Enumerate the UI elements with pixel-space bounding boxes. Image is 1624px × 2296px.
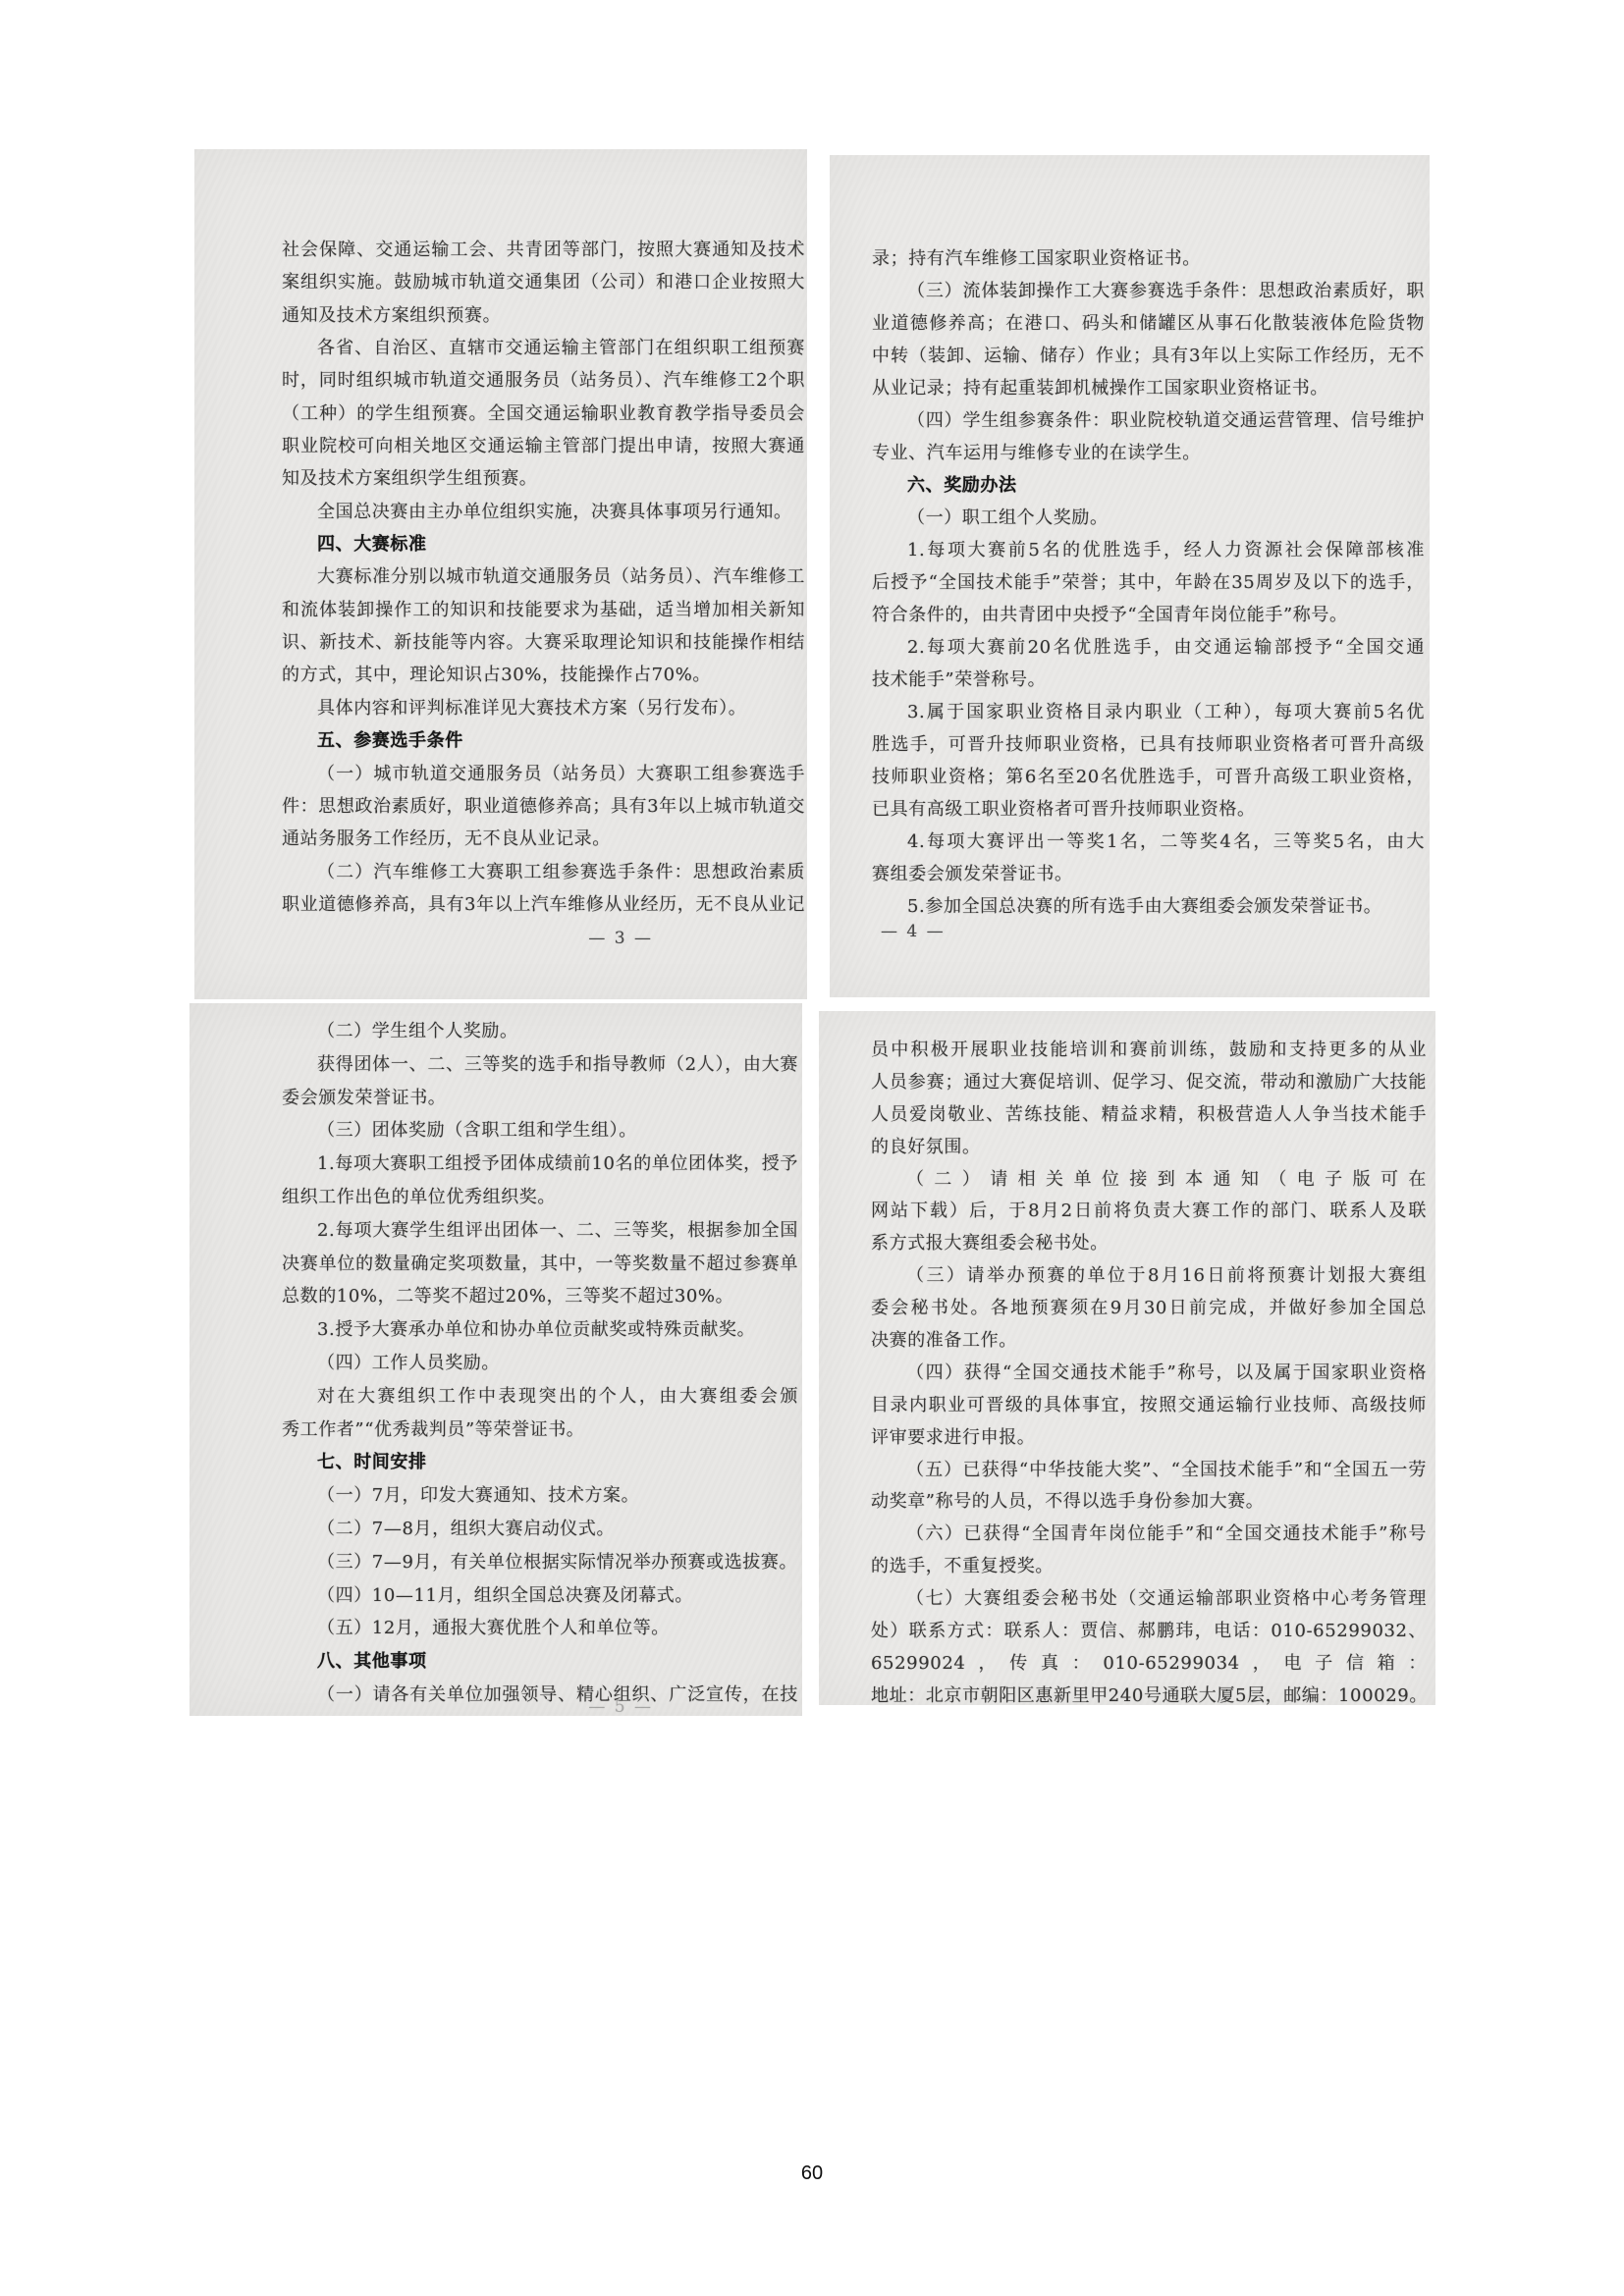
text-line: 人员参赛；通过大赛促培训、促学习、促交流，带动和激励广大技能	[871, 1067, 1427, 1099]
text-line: （工种）的学生组预赛。全国交通运输职业教育教学指导委员会和	[282, 398, 805, 430]
text-line: 通站务服务工作经历，无不良从业记录。	[282, 823, 805, 855]
text-line: 2.每项大赛前20名优胜选手，由交通运输部授予“全国交通	[872, 631, 1425, 664]
text-line: 1.每项大赛职工组授予团体成绩前10名的单位团体奖，授予	[282, 1148, 798, 1181]
text-line: 和流体装卸操作工的知识和技能要求为基础，适当增加相关新知	[282, 594, 805, 626]
text-line: 大赛标准分别以城市轨道交通服务员（站务员）、汽车维修工	[282, 561, 805, 593]
text-line: （七）大赛组委会秘书处（交通运输部职业资格中心考务管理	[871, 1583, 1427, 1616]
pdf-page: { "document": { "page_number": "60" }, "…	[0, 0, 1624, 2296]
text-line: 职业院校可向相关地区交通运输主管部门提出申请，按照大赛通	[282, 430, 805, 462]
text-line: 后授予“全国技术能手”荣誉；其中，年龄在35周岁及以下的选手，	[872, 566, 1425, 599]
text-line: 从业记录；持有起重装卸机械操作工国家职业资格证书。	[872, 372, 1425, 404]
text-line: 委会秘书处。各地预赛须在9月30日前完成，并做好参加全国总	[871, 1293, 1427, 1325]
text-line: （三）7—9月，有关单位根据实际情况举办预赛或选拔赛。	[282, 1546, 798, 1579]
text-line: 获得团体一、二、三等奖的选手和指导教师（2人），由大赛组	[282, 1048, 798, 1082]
text-line: 人员爱岗敬业、苦练技能、精益求精，积极营造人人争当技术能手	[871, 1099, 1427, 1132]
text-line: 的方式，其中，理论知识占30%，技能操作占70%。	[282, 659, 805, 691]
text-line: 胜选手，可晋升技师职业资格，已具有技师职业资格者可晋升高级	[872, 728, 1425, 761]
text-line: 2.每项大赛学生组评出团体一、二、三等奖，根据参加全国总	[282, 1214, 798, 1248]
text-line: 网站下载）后，于8月2日前将负责大赛工作的部门、联系人及联	[871, 1196, 1427, 1228]
text-column: 社会保障、交通运输工会、共青团等部门，按照大赛通知及技术方案组织实施。鼓励城市轨…	[282, 234, 805, 921]
text-line: （二）7—8月，组织大赛启动仪式。	[282, 1513, 798, 1546]
text-line: 的选手，不重复授奖。	[871, 1551, 1427, 1583]
text-column: （二）学生组个人奖励。获得团体一、二、三等奖的选手和指导教师（2人），由大赛组委…	[282, 1015, 798, 1712]
scanned-page-4-image: 录；持有汽车维修工国家职业资格证书。（三）流体装卸操作工大赛参赛选手条件：思想政…	[830, 155, 1430, 997]
text-line: 全国总决赛由主办单位组织实施，决赛具体事项另行通知。	[282, 496, 805, 528]
text-line: （四）工作人员奖励。	[282, 1347, 798, 1380]
text-line: 技术能手”荣誉称号。	[872, 664, 1425, 696]
text-line: 各省、自治区、直辖市交通运输主管部门在组织职工组预赛	[282, 332, 805, 364]
text-line: （一）7月，印发大赛通知、技术方案。	[282, 1479, 798, 1513]
text-line: （二）请相关单位接到本通知（电子版可在www.jtzyzg.org.cn	[871, 1164, 1427, 1197]
text-line: 已具有高级工职业资格者可晋升技师职业资格。	[872, 793, 1425, 826]
text-line: 案组织实施。鼓励城市轨道交通集团（公司）和港口企业按照大赛	[282, 266, 805, 298]
section-heading-line: 五、参赛选手条件	[282, 724, 805, 757]
scan-page-number: — 4 —	[881, 922, 946, 941]
text-line: 技师职业资格；第6名至20名优胜选手，可晋升高级工职业资格，	[872, 761, 1425, 793]
text-line: 3.授予大赛承办单位和协办单位贡献奖或特殊贡献奖。	[282, 1313, 798, 1347]
text-line: 决赛的准备工作。	[871, 1325, 1427, 1358]
text-line: 具体内容和评判标准详见大赛技术方案（另行发布）。	[282, 692, 805, 724]
text-line: 系方式报大赛组委会秘书处。	[871, 1228, 1427, 1260]
text-line: 件：思想政治素质好，职业道德修养高；具有3年以上城市轨道交	[282, 790, 805, 823]
text-line: 1.每项大赛前5名的优胜选手，经人力资源社会保障部核准	[872, 534, 1425, 566]
section-heading-line: 七、时间安排	[282, 1446, 798, 1479]
text-line: 对在大赛组织工作中表现突出的个人，由大赛组委会颁发“优	[282, 1380, 798, 1414]
text-line: 中转（装卸、运输、储存）作业；具有3年以上实际工作经历，无不良	[872, 340, 1425, 372]
text-line: 业道德修养高；在港口、码头和储罐区从事石化散装液体危险货物	[872, 307, 1425, 340]
text-line: 专业、汽车运用与维修专业的在读学生。	[872, 437, 1425, 469]
text-line: 地址：北京市朝阳区惠新里甲240号通联大厦5层，邮编：100029。	[871, 1681, 1427, 1705]
text-line: 5.参加全国总决赛的所有选手由大赛组委会颁发荣誉证书。	[872, 890, 1425, 923]
text-line: 组织工作出色的单位优秀组织奖。	[282, 1181, 798, 1214]
text-line: 符合条件的，由共青团中央授予“全国青年岗位能手”称号。	[872, 599, 1425, 631]
text-line: 通知及技术方案组织预赛。	[282, 299, 805, 332]
text-line: 识、新技术、新技能等内容。大赛采取理论知识和技能操作相结合	[282, 626, 805, 659]
text-line: 65299024，传真：010-65299034，电子信箱：kaowujs@12…	[871, 1648, 1427, 1681]
text-line: （四）学生组参赛条件：职业院校轨道交通运营管理、信号维护	[872, 404, 1425, 437]
section-heading-line: 八、其他事项	[282, 1645, 798, 1679]
text-line: （一）请各有关单位加强领导、精心组织、广泛宣传，在技能人	[282, 1679, 798, 1712]
text-line: （五）已获得“中华技能大奖”、“全国技术能手”和“全国五一劳	[871, 1455, 1427, 1487]
text-column: 录；持有汽车维修工国家职业资格证书。（三）流体装卸操作工大赛参赛选手条件：思想政…	[872, 242, 1425, 923]
scanned-page-5-image: （二）学生组个人奖励。获得团体一、二、三等奖的选手和指导教师（2人），由大赛组委…	[189, 1003, 802, 1716]
text-line: （一）城市轨道交通服务员（站务员）大赛职工组参赛选手条	[282, 758, 805, 790]
text-line: （一）职工组个人奖励。	[872, 502, 1425, 534]
text-line: 赛组委会颁发荣誉证书。	[872, 858, 1425, 890]
section-heading-line: 四、大赛标准	[282, 528, 805, 561]
text-line: 处）联系方式：联系人：贾信、郝鹏玮，电话：010-65299032、	[871, 1616, 1427, 1648]
scanned-page-6-image: 员中积极开展职业技能培训和赛前训练，鼓励和支持更多的从业人员参赛；通过大赛促培训…	[819, 1011, 1435, 1705]
text-line: 社会保障、交通运输工会、共青团等部门，按照大赛通知及技术方	[282, 234, 805, 266]
scan-page-number: — 3 —	[588, 929, 653, 948]
text-line: 3.属于国家职业资格目录内职业（工种），每项大赛前5名优	[872, 696, 1425, 728]
text-line: （三）流体装卸操作工大赛参赛选手条件：思想政治素质好，职	[872, 275, 1425, 307]
text-line: （五）12月，通报大赛优胜个人和单位等。	[282, 1612, 798, 1645]
scan-page-number: — 5 —	[588, 1697, 653, 1716]
text-line: （四）10—11月，组织全国总决赛及闭幕式。	[282, 1579, 798, 1613]
text-line: 总数的10%，二等奖不超过20%，三等奖不超过30%。	[282, 1280, 798, 1313]
text-line: （二）学生组个人奖励。	[282, 1015, 798, 1048]
text-line: 目录内职业可晋级的具体事宜，按照交通运输行业技师、高级技师	[871, 1390, 1427, 1422]
text-line: （六）已获得“全国青年岗位能手”和“全国交通技术能手”称号	[871, 1519, 1427, 1551]
text-column: 员中积极开展职业技能培训和赛前训练，鼓励和支持更多的从业人员参赛；通过大赛促培训…	[871, 1035, 1427, 1705]
text-line: 动奖章”称号的人员，不得以选手身份参加大赛。	[871, 1486, 1427, 1519]
text-line: 决赛单位的数量确定奖项数量，其中，一等奖数量不超过参赛单位	[282, 1248, 798, 1281]
text-line: 秀工作者”“优秀裁判员”等荣誉证书。	[282, 1414, 798, 1447]
text-line: 时，同时组织城市轨道交通服务员（站务员）、汽车维修工2个职业	[282, 364, 805, 397]
text-line: 录；持有汽车维修工国家职业资格证书。	[872, 242, 1425, 275]
text-line: 职业道德修养高，具有3年以上汽车维修从业经历，无不良从业记	[282, 888, 805, 921]
section-heading-line: 六、奖励办法	[872, 469, 1425, 502]
scanned-page-3-image: 社会保障、交通运输工会、共青团等部门，按照大赛通知及技术方案组织实施。鼓励城市轨…	[194, 149, 807, 999]
page-number: 60	[0, 2163, 1624, 2185]
text-line: （二）汽车维修工大赛职工组参赛选手条件：思想政治素质好，	[282, 856, 805, 888]
text-line: 4.每项大赛评出一等奖1名，二等奖4名，三等奖5名，由大	[872, 826, 1425, 858]
text-line: （四）获得“全国交通技术能手”称号，以及属于国家职业资格	[871, 1358, 1427, 1390]
text-line: 委会颁发荣誉证书。	[282, 1082, 798, 1115]
text-line: 评审要求进行申报。	[871, 1422, 1427, 1455]
text-line: 员中积极开展职业技能培训和赛前训练，鼓励和支持更多的从业	[871, 1035, 1427, 1067]
text-line: 知及技术方案组织学生组预赛。	[282, 462, 805, 495]
text-line: （三）请举办预赛的单位于8月16日前将预赛计划报大赛组	[871, 1260, 1427, 1293]
text-line: （三）团体奖励（含职工组和学生组）。	[282, 1114, 798, 1148]
text-line: 的良好氛围。	[871, 1132, 1427, 1164]
